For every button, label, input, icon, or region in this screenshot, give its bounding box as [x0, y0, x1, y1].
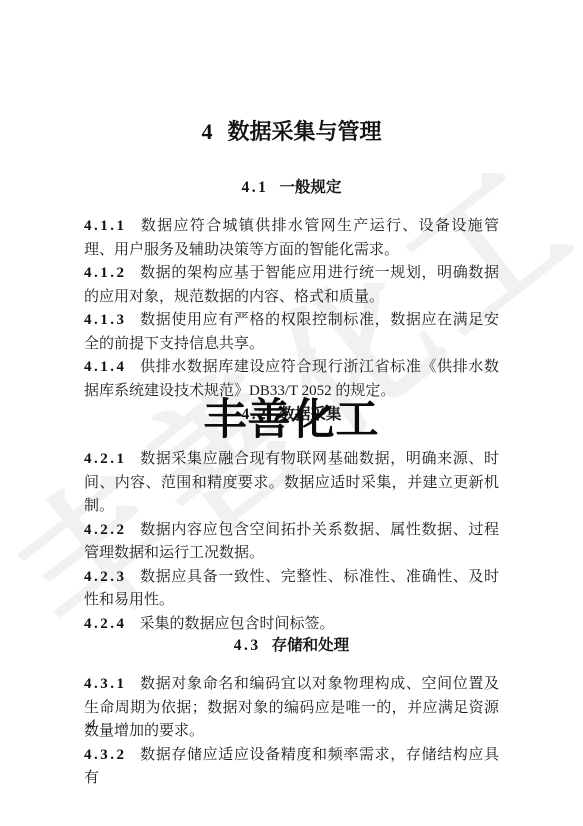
- clause-text: 数据的架构应基于智能应用进行统一规划，明确数据的应用对象，规范数据的内容、格式和…: [84, 265, 499, 305]
- clause-text: 数据使用应有严格的权限控制标准，数据应在满足安全的前提下支持信息共享。: [84, 312, 499, 352]
- chapter-number: 4: [201, 119, 212, 144]
- chapter-title-text: 数据采集与管理: [227, 119, 381, 144]
- section-title: 存储和处理: [272, 637, 350, 654]
- clause-number: 4.1.3: [84, 312, 127, 328]
- page-content: 4数据采集与管理 4.1一般规定 4.1.1数据应符合城镇供排水管网生产运行、设…: [0, 0, 583, 791]
- clause-number: 4.2.3: [84, 569, 127, 585]
- clause-4-1-2: 4.1.2数据的架构应基于智能应用进行统一规划，明确数据的应用对象，规范数据的内…: [84, 262, 499, 309]
- clause-text: 数据对象命名和编码宜以对象物理构成、空间位置及生命周期为依据；数据对象的编码应是…: [84, 676, 499, 739]
- clause-text: 数据采集应融合现有物联网基础数据，明确来源、时间、内容、范围和精度要求。数据应适…: [84, 451, 499, 514]
- section-heading-4-2: 4.2数据采集: [84, 405, 499, 424]
- clause-number: 4.2.1: [84, 451, 127, 467]
- section-number: 4.3: [234, 637, 261, 654]
- clause-text: 数据存储应适应设备精度和频率需求，存储结构应具有: [84, 747, 499, 787]
- clause-4-2-1: 4.2.1数据采集应融合现有物联网基础数据，明确来源、时间、内容、范围和精度要求…: [84, 448, 499, 519]
- clause-text: 采集的数据应包含时间标签。: [140, 616, 335, 632]
- clause-number: 4.2.2: [84, 522, 127, 538]
- section-4-2-heading-area: 4.2数据采集 丰善化工: [84, 405, 499, 424]
- clause-text: 数据应符合城镇供排水管网生产运行、设备设施管理、用户服务及辅助决策等方面的智能化…: [84, 218, 499, 258]
- clause-4-2-3: 4.2.3数据应具备一致性、完整性、标准性、准确性、及时性和易用性。: [84, 566, 499, 613]
- section-number: 4.1: [242, 179, 269, 196]
- clause-text: 数据应具备一致性、完整性、标准性、准确性、及时性和易用性。: [84, 569, 499, 609]
- clause-number: 4.1.1: [84, 218, 127, 234]
- clause-number: 4.1.2: [84, 265, 127, 281]
- clause-4-1-1: 4.1.1数据应符合城镇供排水管网生产运行、设备设施管理、用户服务及辅助决策等方…: [84, 215, 499, 262]
- clause-text: 供排水数据库建设应符合现行浙江省标准《供排水数据库系统建设技术规范》DB33/T…: [84, 359, 499, 399]
- section-number: 4.2: [242, 406, 269, 423]
- clause-4-3-2: 4.3.2数据存储应适应设备精度和频率需求，存储结构应具有: [84, 744, 499, 791]
- clause-number: 4.3.1: [84, 676, 127, 692]
- section-title: 一般规定: [279, 179, 341, 196]
- section-heading-4-1: 4.1一般规定: [84, 178, 499, 197]
- clause-number: 4.3.2: [84, 747, 127, 763]
- section-title: 数据采集: [279, 406, 341, 423]
- clause-4-1-3: 4.1.3数据使用应有严格的权限控制标准，数据应在满足安全的前提下支持信息共享。: [84, 309, 499, 356]
- document-page: 丰善化工 4数据采集与管理 4.1一般规定 4.1.1数据应符合城镇供排水管网生…: [0, 0, 583, 826]
- clause-number: 4.1.4: [84, 359, 127, 375]
- page-number: 4: [88, 717, 96, 734]
- clause-text: 数据内容应包含空间拓扑关系数据、属性数据、过程管理数据和运行工况数据。: [84, 522, 499, 562]
- section-heading-4-3: 4.3存储和处理: [84, 636, 499, 655]
- clause-4-1-4: 4.1.4供排水数据库建设应符合现行浙江省标准《供排水数据库系统建设技术规范》D…: [84, 356, 499, 403]
- clause-4-2-2: 4.2.2数据内容应包含空间拓扑关系数据、属性数据、过程管理数据和运行工况数据。: [84, 519, 499, 566]
- chapter-title: 4数据采集与管理: [84, 118, 499, 145]
- clause-number: 4.2.4: [84, 616, 127, 632]
- clause-4-3-1: 4.3.1数据对象命名和编码宜以对象物理构成、空间位置及生命周期为依据；数据对象…: [84, 673, 499, 744]
- clause-4-2-4: 4.2.4采集的数据应包含时间标签。: [84, 613, 499, 637]
